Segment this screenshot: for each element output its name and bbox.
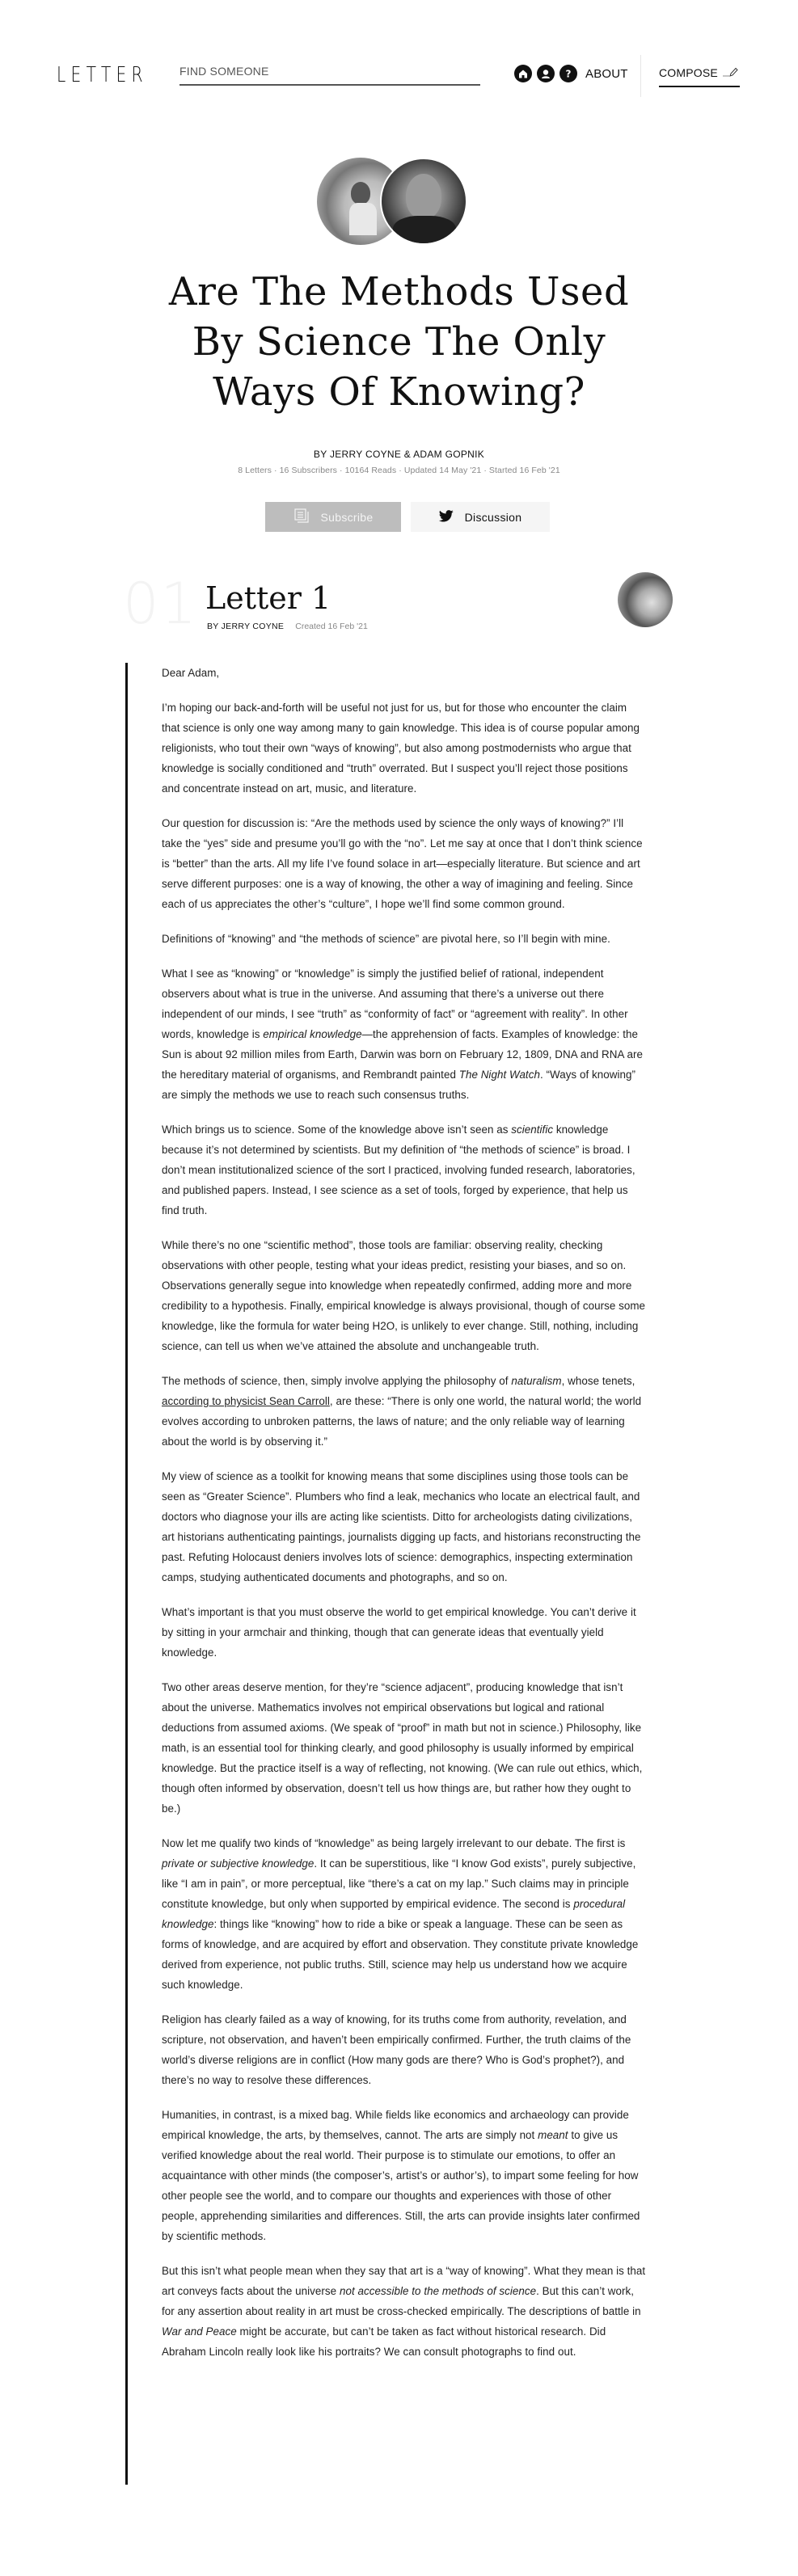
paragraph: Now let me qualify two kinds of “knowled… <box>162 1833 647 1995</box>
compose-label: COMPOSE <box>659 66 718 79</box>
paragraph: Humanities, in contrast, is a mixed bag.… <box>162 2105 647 2246</box>
paragraph: But this isn’t what people mean when the… <box>162 2261 647 2362</box>
help-icon[interactable]: ? <box>559 65 577 82</box>
letter-number: 01 <box>123 575 198 632</box>
nav-icon-group: ? ABOUT <box>514 65 628 82</box>
svg-text:?: ? <box>566 69 572 80</box>
paragraph: I’m hoping our back-and-forth will be us… <box>162 698 647 799</box>
profile-icon[interactable] <box>537 65 555 82</box>
top-nav: LETTER ? ABOUT COMPOSE <box>0 0 798 113</box>
paragraph: While there’s no one “scientific method”… <box>162 1235 647 1356</box>
sean-carroll-link[interactable]: according to physicist Sean Carroll <box>162 1395 330 1407</box>
compose-button[interactable]: COMPOSE <box>659 66 740 87</box>
home-icon[interactable] <box>514 65 532 82</box>
letter-author[interactable]: BY JERRY COYNE <box>207 622 284 631</box>
paragraph: My view of science as a toolkit for know… <box>162 1466 647 1587</box>
paragraph: Definitions of “knowing” and “the method… <box>162 929 647 949</box>
search-input[interactable] <box>179 60 480 82</box>
letter-body: Dear Adam, I’m hoping our back-and-forth… <box>162 663 647 2376</box>
avatar-adam-gopnik[interactable] <box>380 158 467 245</box>
salutation: Dear Adam, <box>162 663 647 683</box>
twitter-icon <box>439 510 454 525</box>
letter-title: Letter 1 <box>205 580 331 616</box>
letter-meta: BY JERRY COYNE Created 16 Feb '21 <box>207 622 368 631</box>
conversation-byline: BY JERRY COYNE & ADAM GOPNIK <box>0 449 798 460</box>
paragraph: The methods of science, then, simply inv… <box>162 1371 647 1452</box>
letter-created-date: Created 16 Feb '21 <box>295 622 368 631</box>
nav-divider <box>640 55 641 97</box>
subscribe-button[interactable]: Subscribe <box>265 502 401 532</box>
paragraph: Our question for discussion is: “Are the… <box>162 813 647 914</box>
author-avatars <box>317 158 479 248</box>
paragraph: Religion has clearly failed as a way of … <box>162 2009 647 2090</box>
subscribe-label: Subscribe <box>321 511 374 524</box>
conversation-title: Are The Methods Used By Science The Only… <box>146 267 652 417</box>
conversation-stats: 8 Letters · 16 Subscribers · 10164 Reads… <box>0 466 798 475</box>
letter-body-rule <box>125 663 128 2485</box>
discussion-button[interactable]: Discussion <box>411 502 550 532</box>
paragraph: What I see as “knowing” or “knowledge” i… <box>162 963 647 1105</box>
hero-actions: Subscribe Discussion <box>265 502 550 532</box>
paragraph: What’s important is that you must observ… <box>162 1602 647 1663</box>
logo[interactable]: LETTER <box>57 63 148 87</box>
letter-author-avatar[interactable] <box>618 572 673 627</box>
search-field[interactable] <box>179 60 480 86</box>
newsletter-icon <box>293 508 310 526</box>
discussion-label: Discussion <box>465 511 522 524</box>
paragraph: Which brings us to science. Some of the … <box>162 1119 647 1221</box>
about-link[interactable]: ABOUT <box>585 67 628 81</box>
pencil-icon <box>723 65 739 81</box>
paragraph: Two other areas deserve mention, for the… <box>162 1677 647 1819</box>
